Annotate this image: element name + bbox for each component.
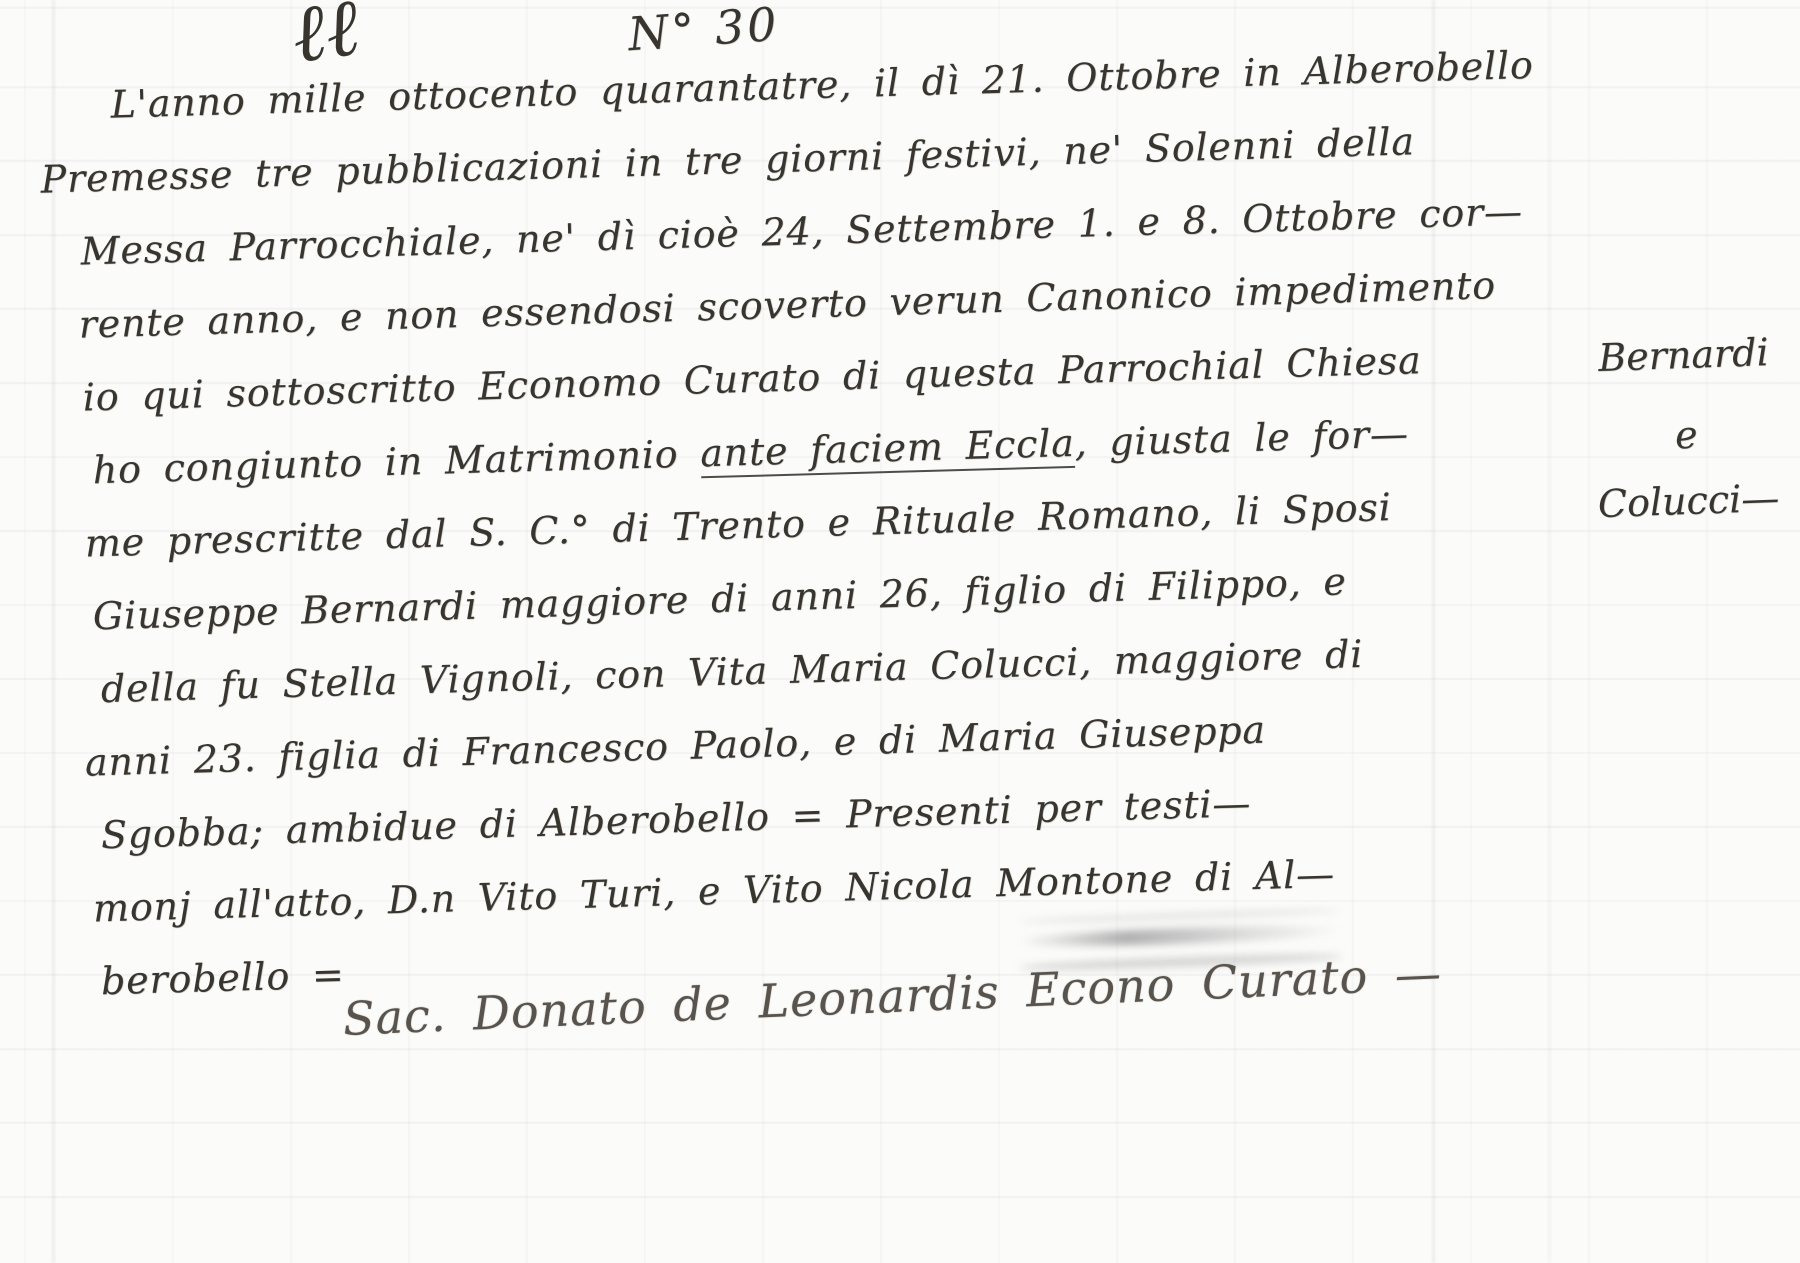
text-line-6-underlined-phrase: ante faciem Eccla (700, 421, 1076, 478)
margin-annotation: Bernardi e Colucci— (1559, 332, 1800, 525)
margin-surname-bride: Colucci— (1564, 478, 1800, 525)
header-flourish: ℓℓ (286, 0, 365, 82)
record-number: N° 30 (626, 0, 781, 61)
margin-surname-groom: Bernardi (1559, 332, 1800, 379)
document-body: L'anno mille ottocento quarantatre, il d… (62, 43, 1559, 1033)
text-line-6-post: , giusta le for— (1074, 412, 1409, 465)
scanned-document-page: ℓℓ N° 30 L'anno mille ottocento quaranta… (0, 0, 1800, 1263)
margin-conjunction: e (1562, 412, 1800, 459)
